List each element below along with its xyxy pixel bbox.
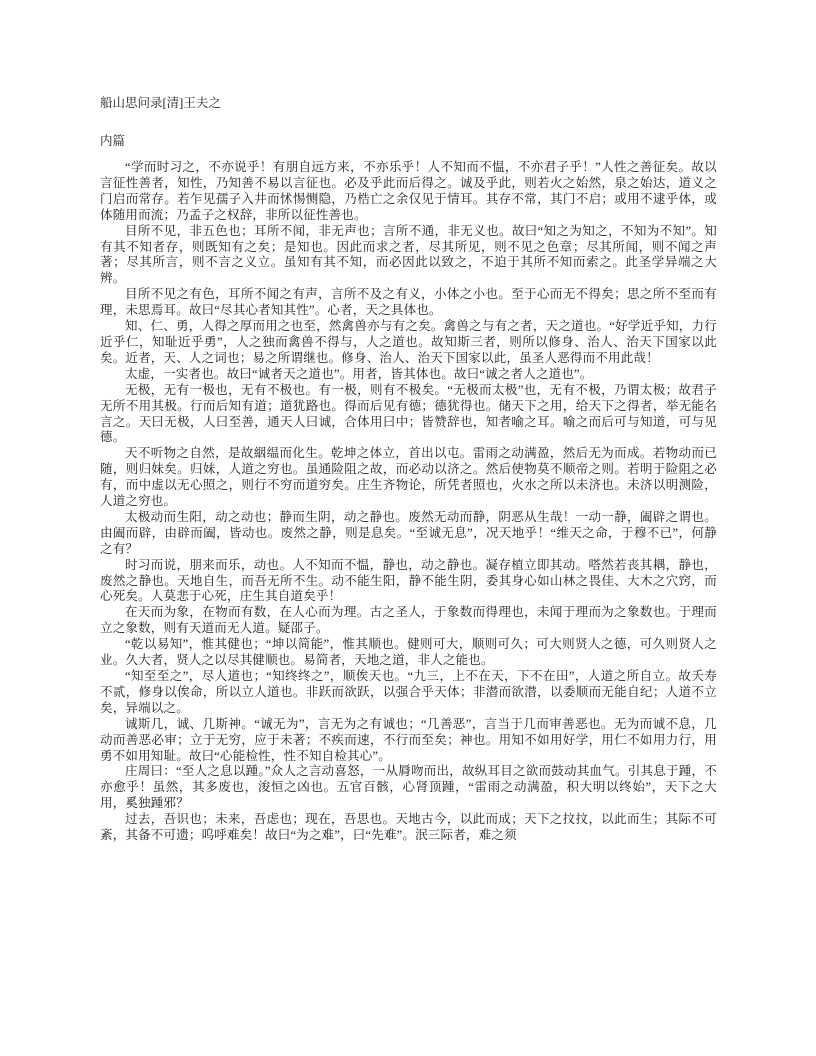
paragraph: 知、仁、勇，人得之厚而用之也至，然禽兽亦与有之矣。禽兽之与有之者，天之道也。“好… <box>100 319 717 367</box>
paragraph: 时习而说，朋来而乐，动也。人不知而不愠，静也，动之静也。凝存植立即其动。嗒然若丧… <box>100 558 717 606</box>
paragraph: 天不听物之自然，是故絪缊而化生。乾坤之体立，首出以屯。雷雨之动满盈，然后无为而成… <box>100 446 717 510</box>
paragraph: “知至至之”，尽人道也；“知终终之”，顺俟天也。“九三，上不在天，下不在田”，人… <box>100 669 717 717</box>
paragraph: 目所不见之有色，耳所不闻之有声，言所不及之有义，小体之小也。至于心而无不得矣；思… <box>100 287 717 319</box>
paragraph: “学而时习之，不亦说乎！有朋自远方来，不亦乐乎！人不知而不愠，不亦君子乎！”人性… <box>100 160 717 224</box>
paragraph: 太虚，一实者也。故曰“诚者天之道也”。用者，皆其体也。故曰“诚之者人之道也”。 <box>100 367 717 383</box>
paragraph: 过去，吾识也；未来，吾虑也；现在，吾思也。天地古今，以此而成；天下之抆抆，以此而… <box>100 812 717 844</box>
paragraph: 在天而为象，在物而有数，在人心而为理。古之圣人，于象数而得理也，未闻于理而为之象… <box>100 605 717 637</box>
paragraph: 无极，无有一极也，无有不极也。有一极，则有不极矣。“无极而太极”也，无有不极，乃… <box>100 383 717 447</box>
paragraph: 诚斯几，诚、几斯神。“诚无为”，言无为之有诚也；“几善恶”，言当于几而审善恶也。… <box>100 717 717 765</box>
document-page: 船山思问录[清]王夫之 内篇 “学而时习之，不亦说乎！有朋自远方来，不亦乐乎！人… <box>0 0 816 1056</box>
paragraph: “乾以易知”，惟其健也；“坤以简能”，惟其顺也。健则可大，顺则可久；可大则贤人之… <box>100 637 717 669</box>
document-body: “学而时习之，不亦说乎！有朋自远方来，不亦乐乎！人不知而不愠，不亦君子乎！”人性… <box>100 160 717 844</box>
paragraph: 庄周曰：“至人之息以踵。”众人之言动喜怒，一从脣吻而出，故纵耳目之欲而鼓动其血气… <box>100 764 717 812</box>
section-heading: 内篇 <box>100 133 717 149</box>
paragraph: 太极动而生阳，动之动也；静而生阴，动之静也。废然无动而静，阴恶从生哉！一动一静，… <box>100 510 717 558</box>
paragraph: 目所不见，非五色也；耳所不闻，非无声也；言所不通，非无义也。故曰“知之为知之，不… <box>100 224 717 288</box>
document-title: 船山思问录[清]王夫之 <box>100 95 717 111</box>
